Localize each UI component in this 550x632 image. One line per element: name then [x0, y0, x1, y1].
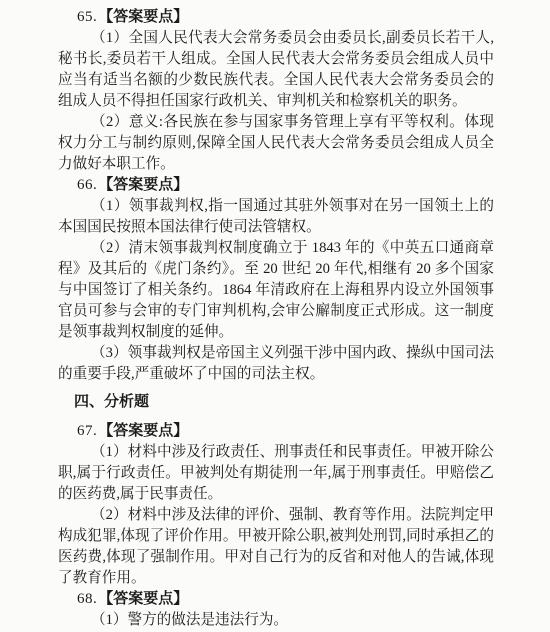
- answer-section-66: 66.【答案要点】 （1）领事裁判权,指一国通过其驻外领事对在另一国领土上的本国…: [58, 175, 494, 385]
- answer-label-67: 【答案要点】: [98, 423, 188, 439]
- answer-header-66: 66.【答案要点】: [58, 175, 494, 196]
- answer-label-68: 【答案要点】: [98, 591, 188, 607]
- answer-section-65: 65.【答案要点】 （1）全国人民代表大会常务委员会由委员长,副委员长若干人,秘…: [58, 7, 494, 175]
- answer-header-68: 68.【答案要点】: [58, 589, 494, 610]
- answer-66-paragraph-2: （2）清末领事裁判权制度确立于 1843 年的《中英五口通商章程》及其后的《虎门…: [58, 238, 494, 343]
- answer-section-68: 68.【答案要点】 （1）警方的做法是违法行为。: [58, 589, 494, 631]
- answer-label-65: 【答案要点】: [98, 9, 188, 25]
- section-heading-analysis: 四、分析题: [58, 392, 494, 413]
- answer-67-paragraph-2: （2）材料中涉及法律的评价、强制、教育等作用。法院判定甲构成犯罪,体现了评价作用…: [58, 505, 494, 589]
- answer-header-67: 67.【答案要点】: [58, 421, 494, 442]
- answer-65-paragraph-2: （2）意义:各民族在参与国家事务管理上享有平等权利。体现权力分工与制约原则,保障…: [58, 112, 494, 175]
- answer-number-67: 67.: [77, 423, 98, 439]
- answer-66-paragraph-1: （1）领事裁判权,指一国通过其驻外领事对在另一国领土上的本国国民按照本国法律行使…: [58, 196, 494, 238]
- answer-67-paragraph-1: （1）材料中涉及行政责任、刑事责任和民事责任。甲被开除公职,属于行政责任。甲被判…: [58, 442, 494, 505]
- answer-65-paragraph-1: （1）全国人民代表大会常务委员会由委员长,副委员长若干人,秘书长,委员若干人组成…: [58, 28, 494, 112]
- answer-68-paragraph-1: （1）警方的做法是违法行为。: [58, 610, 494, 631]
- answer-66-paragraph-3: （3）领事裁判权是帝国主义列强干涉中国内政、操纵中国司法的重要手段,严重破坏了中…: [58, 343, 494, 385]
- answer-section-67: 67.【答案要点】 （1）材料中涉及行政责任、刑事责任和民事责任。甲被开除公职,…: [58, 421, 494, 589]
- answer-number-66: 66.: [77, 177, 98, 193]
- answer-number-65: 65.: [77, 9, 98, 25]
- answer-number-68: 68.: [77, 591, 98, 607]
- document-page: 65.【答案要点】 （1）全国人民代表大会常务委员会由委员长,副委员长若干人,秘…: [0, 0, 550, 632]
- answer-header-65: 65.【答案要点】: [58, 7, 494, 28]
- answer-label-66: 【答案要点】: [98, 177, 188, 193]
